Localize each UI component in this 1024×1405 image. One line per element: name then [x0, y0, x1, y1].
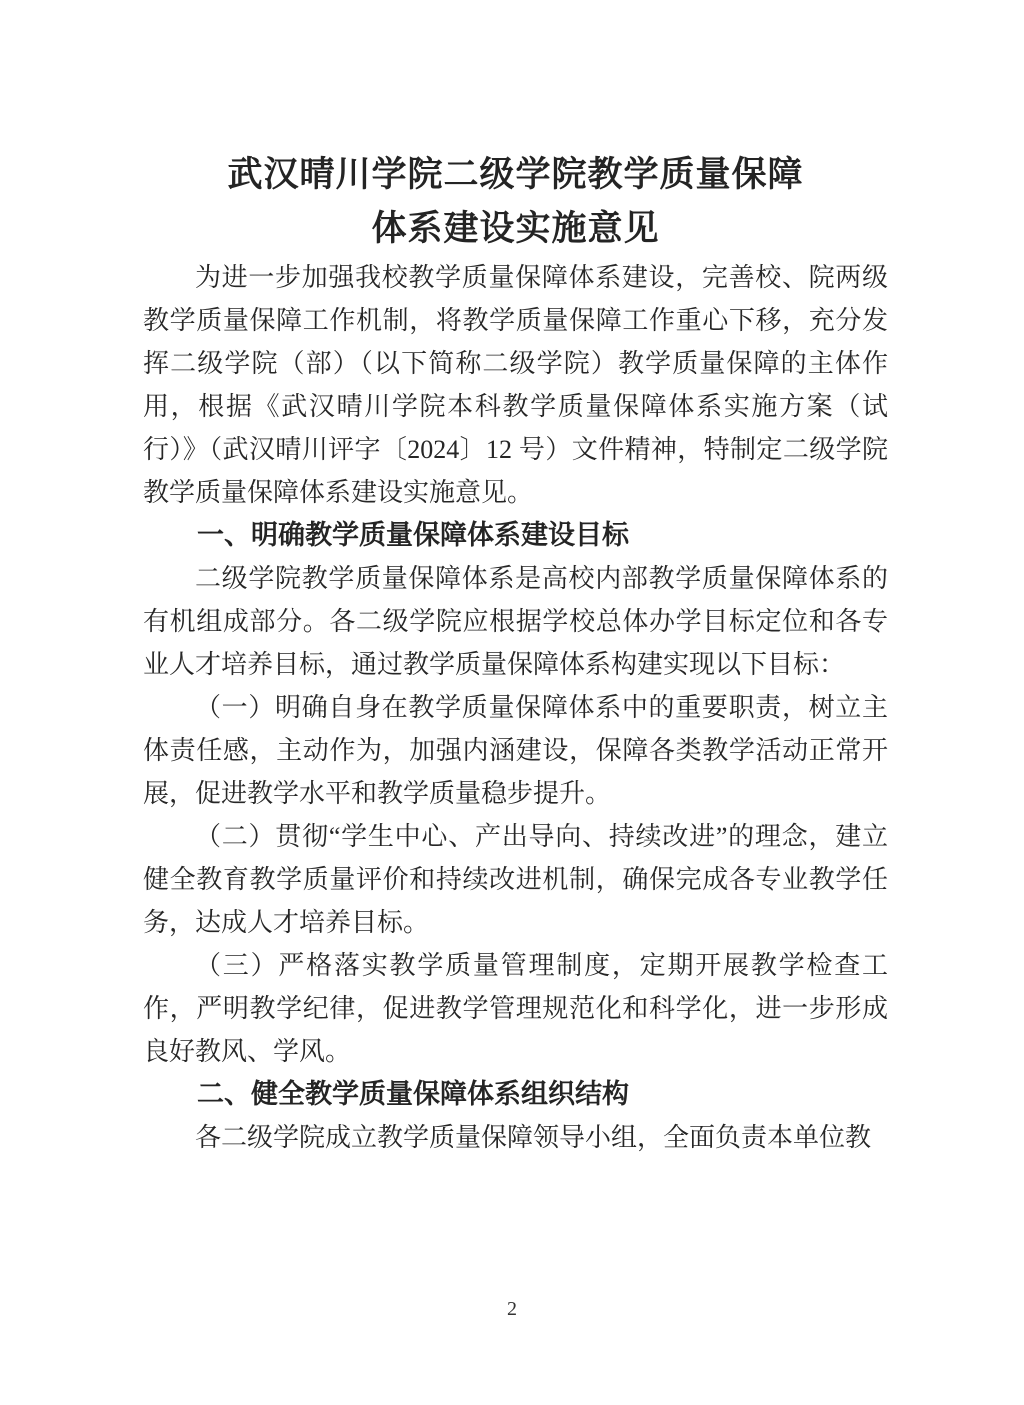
document-title-line-1: 武汉晴川学院二级学院教学质量保障 — [227, 155, 803, 194]
section-1-intro-paragraph: 二级学院教学质量保障体系是高校内部教学质量保障体系的有机组成部分。各二级学院应根… — [143, 557, 888, 686]
document-title-line-2: 体系建设实施意见 — [371, 209, 659, 248]
document-content: 武汉晴川学院二级学院教学质量保障 体系建设实施意见 为进一步加强我校教学质量保障… — [143, 0, 888, 1159]
document-page: 武汉晴川学院二级学院教学质量保障 体系建设实施意见 为进一步加强我校教学质量保障… — [0, 0, 1024, 1405]
page-footer: 2 — [0, 1298, 1024, 1321]
section-2-heading: 二、健全教学质量保障体系组织结构 — [143, 1073, 888, 1116]
intro-paragraph: 为进一步加强我校教学质量保障体系建设，完善校、院两级教学质量保障工作机制，将教学… — [143, 256, 888, 514]
goal-item-1-paragraph: （一）明确自身在教学质量保障体系中的重要职责，树立主体责任感，主动作为，加强内涵… — [143, 686, 888, 815]
section-1-heading: 一、明确教学质量保障体系建设目标 — [143, 514, 888, 557]
section-2-paragraph: 各二级学院成立教学质量保障领导小组，全面负责本单位教 — [143, 1116, 888, 1159]
goal-item-2-paragraph: （二）贯彻“学生中心、产出导向、持续改进”的理念，建立健全教育教学质量评价和持续… — [143, 815, 888, 944]
goal-item-3-paragraph: （三）严格落实教学质量管理制度，定期开展教学检查工作，严明教学纪律，促进教学管理… — [143, 944, 888, 1073]
page-number: 2 — [507, 1298, 517, 1320]
document-title: 武汉晴川学院二级学院教学质量保障 体系建设实施意见 — [143, 148, 888, 256]
